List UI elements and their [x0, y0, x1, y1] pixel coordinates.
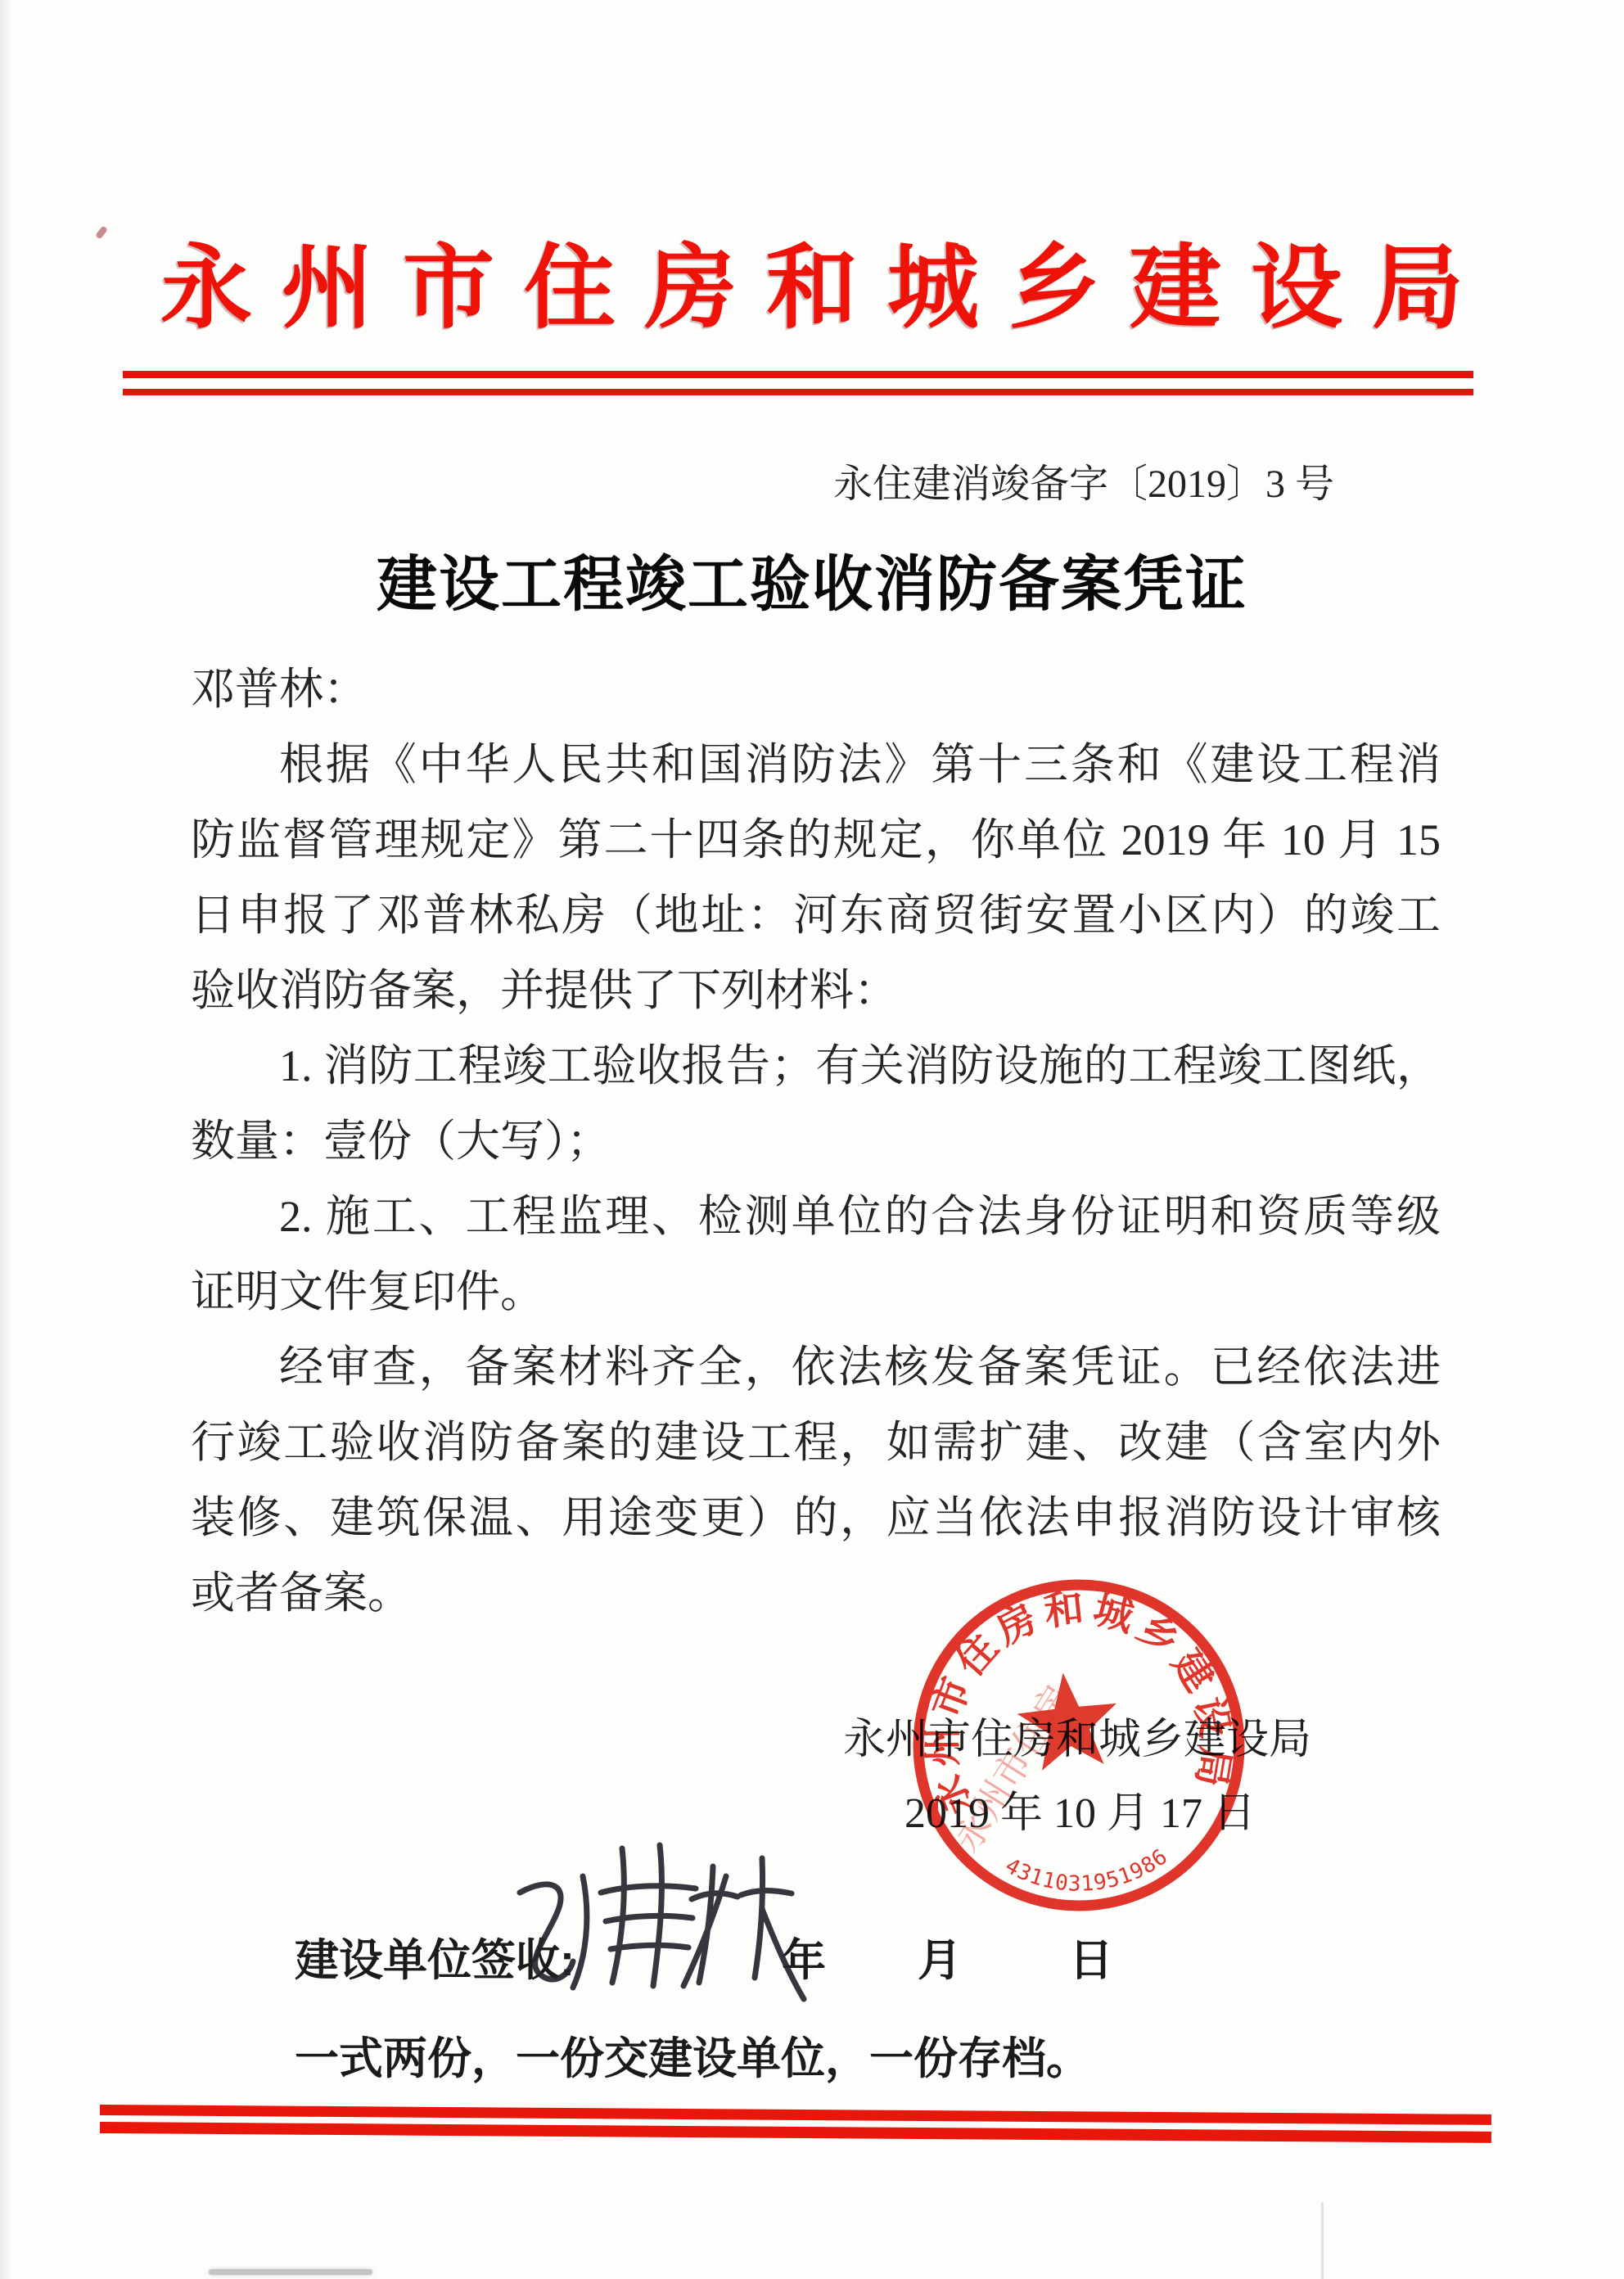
body-line: 或者备案。	[191, 1555, 1441, 1631]
letterhead-divider-line-top	[123, 371, 1473, 378]
body-line: 防监督管理规定》第二十四条的规定，你单位 2019 年 10 月 15	[191, 802, 1441, 878]
body-line: 1. 消防工程竣工验收报告；有关消防设施的工程竣工图纸，	[191, 1028, 1441, 1103]
body-line: 2. 施工、工程监理、检测单位的合法身份证明和资质等级	[191, 1179, 1441, 1254]
letterhead-divider-line-bottom	[123, 389, 1473, 395]
scanned-certificate-page: 永州市住房和城乡建设局 永住建消竣备字〔2019〕3 号 建设工程竣工验收消防备…	[0, 0, 1624, 2279]
agency-letterhead-title: 永州市住房和城乡建设局	[0, 211, 1624, 367]
body-line: 日申报了邓普林私房（地址：河东商贸街安置小区内）的竣工	[191, 878, 1441, 953]
handwritten-signature	[491, 1842, 810, 2014]
body-line: 验收消防备案，并提供了下列材料：	[191, 953, 1441, 1028]
scan-smudge	[209, 2269, 372, 2275]
document-reference-number: 永住建消竣备字〔2019〕3 号	[833, 452, 1334, 508]
document-body: 邓普林： 根据《中华人民共和国消防法》第十三条和《建设工程消 防监督管理规定》第…	[191, 652, 1441, 1631]
official-seal-stamp: 永州市住房 永州市住房和城乡建设局 4311031951986	[881, 1547, 1277, 1943]
body-line: 证明文件复印件。	[191, 1254, 1441, 1329]
body-line: 装修、建筑保温、用途变更）的，应当依法申报消防设计审核	[191, 1480, 1441, 1555]
footer-divider-line-top	[100, 2105, 1491, 2125]
body-line: 根据《中华人民共和国消防法》第十三条和《建设工程消	[191, 727, 1441, 802]
footer-divider-line-bottom	[100, 2122, 1491, 2143]
scan-edge-line	[1321, 2202, 1324, 2279]
copies-note: 一式两份，一份交建设单位，一份存档。	[295, 2024, 1090, 2087]
day-label: 日	[1069, 1925, 1113, 1988]
body-line: 数量：壹份（大写）；	[191, 1103, 1441, 1179]
salutation: 邓普林：	[191, 652, 1441, 727]
body-line: 经审查，备案材料齐全，依法核发备案凭证。已经依法进	[191, 1329, 1441, 1405]
document-title: 建设工程竣工验收消防备案凭证	[0, 536, 1624, 623]
body-line: 行竣工验收消防备案的建设工程，如需扩建、改建（含室内外	[191, 1405, 1441, 1480]
